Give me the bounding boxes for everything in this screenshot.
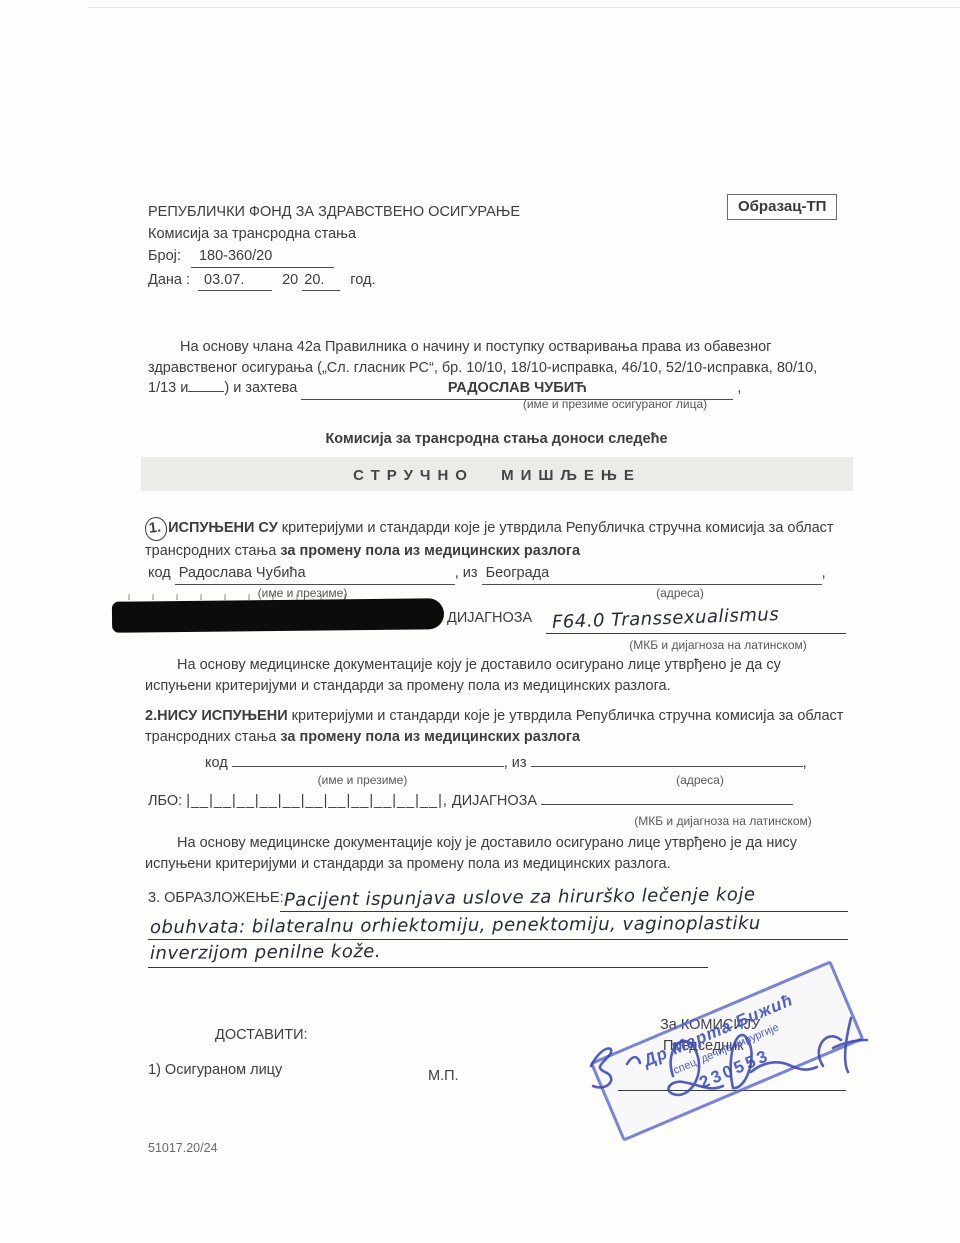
section2-lbo-label: ЛБО:: [148, 793, 182, 809]
opinion-lead-line: Комисија за трансродна стања доноси след…: [148, 429, 845, 450]
section1-circled-number: 1.: [144, 516, 168, 542]
date-suffix: год.: [350, 272, 375, 288]
section2-bold-lead: НИСУ ИСПУЊЕНИ: [157, 708, 288, 724]
section1-diagnosis-caption: (МКБ и дијагноза на латинском): [590, 637, 846, 654]
section2-diagnosis-caption: (МКБ и дијагноза на латинском): [595, 813, 851, 830]
section1-name-value: Радослава Чубића: [175, 563, 455, 585]
section3-line3-rule: inverzijom penilne kože.: [148, 940, 708, 968]
section3-line2-rule: obuhvata: bilateralnu orhiektomiju, pene…: [148, 912, 848, 940]
section2-trailing-comma: ,: [803, 755, 807, 771]
section2-number: 2.: [145, 708, 157, 724]
signature: [575, 1000, 870, 1115]
section2-paragraph: 2.НИСУ ИСПУЊЕНИ критеријуми и стандарди …: [145, 706, 851, 747]
redaction-bar: [112, 598, 444, 632]
date-century: 20: [282, 272, 298, 288]
insured-name-caption: (име и презиме осигураног лица): [470, 396, 760, 413]
section1-conclusion: На основу медицинске документације коју …: [145, 655, 848, 696]
deliver-item-insured: 1) Осигураном лицу: [148, 1060, 282, 1081]
section1-trailing-comma: ,: [822, 565, 826, 581]
intro-text-after-blank: ) и захтева: [224, 380, 297, 396]
intro-paragraph: На основу члана 42а Правилника о начину …: [148, 337, 848, 400]
section1-diagnosis-value: F64.0 Transsexualismus: [552, 602, 780, 635]
section1-bold-tail: за промену пола из медицинских разлога: [280, 543, 580, 559]
number-value: 180-360/20: [191, 246, 334, 268]
section3-handwriting-line3: inverzijom penilne kože.: [150, 939, 381, 967]
date-label: Дана :: [148, 272, 190, 288]
org-subtitle: Комисија за трансродна стања: [148, 224, 618, 245]
deliver-label: ДОСТАВИТИ:: [215, 1025, 308, 1046]
form-code-box: Образац-ТП: [727, 194, 837, 220]
section2-lbo-row: ЛБО: |__|__|__|__|__|__|__|__|__|__|__|,…: [148, 791, 848, 812]
section2-diagnosis-blank: [541, 804, 793, 805]
section2-iz-label: , из: [504, 755, 527, 771]
section1-bold-lead: ИСПУЊЕНИ СУ: [168, 520, 278, 536]
section1-address-caption: (адреса): [605, 585, 755, 602]
section3-block: 3. ОБРАЗЛОЖЕЊЕ: Pacijent ispunjava uslov…: [148, 884, 848, 968]
section2-conclusion: На основу медицинске документације коју …: [145, 833, 848, 874]
section2-bold-tail: за промену пола из медицинских разлога: [280, 729, 580, 745]
opinion-title-band: СТРУЧНО МИШЉЕЊЕ: [141, 457, 853, 491]
number-label: Број:: [148, 248, 181, 264]
section1-fill-line: код Радослава Чубића, из Београда,: [148, 563, 848, 585]
intro-blank-line: [188, 391, 224, 392]
document-header: РЕПУБЛИЧКИ ФОНД ЗА ЗДРАВСТВЕНО ОСИГУРАЊЕ…: [148, 202, 618, 291]
section1-iz-label: , из: [455, 565, 478, 581]
form-print-code: 51017.20/24: [148, 1140, 218, 1158]
scan-artifact-line: [88, 7, 960, 8]
section2-name-caption: (име и презиме): [255, 772, 470, 789]
section2-fill-line: код , из ,: [205, 753, 848, 774]
scanned-document-page: Образац-ТП РЕПУБЛИЧКИ ФОНД ЗА ЗДРАВСТВЕН…: [0, 0, 960, 1243]
section3-handwriting-line1: Pacijent ispunjava uslove za hirurško le…: [284, 883, 756, 914]
section1-diagnosis-line: F64.0 Transsexualismus: [546, 603, 846, 634]
section3-handwriting-line2: obuhvata: bilateralnu orhiektomiju, pene…: [150, 911, 761, 941]
section3-label: 3. ОБРАЗЛОЖЕЊЕ:: [148, 888, 284, 909]
opinion-title: СТРУЧНО МИШЉЕЊЕ: [141, 457, 853, 486]
org-name: РЕПУБЛИЧКИ ФОНД ЗА ЗДРАВСТВЕНО ОСИГУРАЊЕ: [148, 202, 618, 223]
date-day-value: 03.07.: [198, 270, 272, 292]
section2-address-caption: (адреса): [625, 772, 775, 789]
section2-name-blank: [232, 766, 504, 767]
section1-kod-label: код: [148, 565, 171, 581]
section3-line1-rule: Pacijent ispunjava uslove za hirurško le…: [280, 884, 848, 912]
section1-diagnosis-label: ДИЈАГНОЗА: [447, 608, 532, 629]
section2-diagnosis-label: ДИЈАГНОЗА: [452, 793, 537, 809]
intro-trailing-comma: ,: [737, 380, 741, 396]
section2-kod-label: код: [205, 755, 228, 771]
section1-address-value: Београда: [482, 563, 822, 585]
section1-paragraph: 1.ИСПУЊЕНИ СУ критеријуми и стандарди ко…: [145, 517, 851, 561]
section2-lbo-cells: |__|__|__|__|__|__|__|__|__|__|__|,: [186, 793, 448, 809]
date-year-value: 20.: [302, 270, 340, 292]
section2-address-blank: [531, 766, 803, 767]
mp-seal-placeholder: М.П.: [428, 1066, 459, 1087]
